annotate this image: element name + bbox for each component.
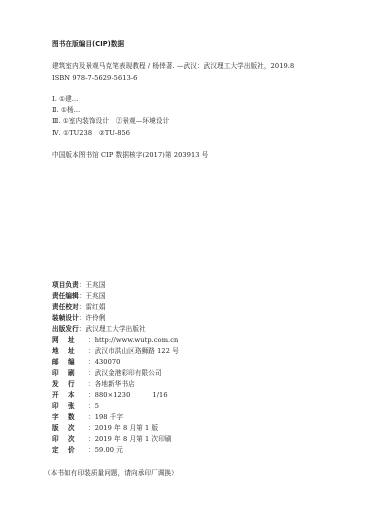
credit-row: 印张：5 — [52, 402, 99, 411]
credit-label: 发行 — [52, 380, 88, 389]
classification-4: Ⅳ. ①TU238 ②TU-856 — [52, 129, 130, 138]
credit-value: 5 — [95, 402, 99, 410]
website-link[interactable]: http://www.wutp.com.cn — [95, 336, 179, 344]
credit-row: 网址：http://www.wutp.com.cn — [52, 336, 178, 345]
credit-label: 责任编辑 — [52, 292, 79, 300]
credit-label: 装帧设计 — [52, 314, 79, 322]
classification-2: Ⅱ. ①杨… — [52, 106, 80, 115]
credit-value: 武汉市洪山区珞狮路 122 号 — [95, 347, 179, 355]
credit-label: 印刷 — [52, 369, 88, 378]
credit-value: 雷红娟 — [85, 303, 105, 311]
credit-row: 出版发行：武汉理工大学出版社 — [52, 325, 146, 334]
credit-row: 印刷：武汉金港彩印有限公司 — [52, 369, 162, 378]
credit-value: 王兆国 — [85, 281, 105, 289]
credit-value: 2019 年 8 月第 1 版 — [95, 424, 159, 432]
classification-3: Ⅲ. ①室内装饰设计 ②景观—环境设计 — [52, 117, 169, 126]
credit-label: 定价 — [52, 446, 88, 455]
credit-row: 邮编：430070 — [52, 358, 120, 367]
credit-value: 880×1230 — [95, 391, 131, 399]
credit-value: 198 千字 — [95, 413, 123, 421]
credit-value: 许伶俐 — [85, 314, 105, 322]
credit-extra: 1/16 — [152, 391, 167, 399]
credit-label: 网址 — [52, 336, 88, 345]
credit-row: 责任校对：雷红娟 — [52, 303, 106, 312]
credit-label: 出版发行 — [52, 325, 79, 333]
credit-label: 印次 — [52, 435, 88, 444]
credit-value: 59.00 元 — [95, 446, 123, 454]
cip-isbn: ISBN 978-7-5629-5613-6 — [52, 74, 137, 83]
credit-row: 责任编辑：王兆国 — [52, 292, 106, 301]
credit-row: 项目负责：王兆国 — [52, 281, 106, 290]
credit-row: 版次：2019 年 8 月第 1 版 — [52, 424, 158, 433]
credit-value: 武汉金港彩印有限公司 — [95, 369, 162, 377]
credit-value: 武汉理工大学出版社 — [85, 325, 145, 333]
credit-row: 开本：880×12301/16 — [52, 391, 168, 400]
credit-row: 地址：武汉市洪山区珞狮路 122 号 — [52, 347, 179, 356]
credit-row: 字数：198 千字 — [52, 413, 123, 422]
cip-book-line: 建筑室内及景观马克笔表现教程 / 杨倖著. —武汉：武汉理工大学出版社，2019… — [52, 62, 294, 71]
credit-value: 430070 — [95, 358, 121, 366]
quality-note: （本书如有印装质量问题，请向承印厂调换） — [44, 469, 178, 478]
credit-label: 版次 — [52, 424, 88, 433]
credit-row: 装帧设计：许伶俐 — [52, 314, 106, 323]
credit-label: 地址 — [52, 347, 88, 356]
credit-value: 各地新华书店 — [95, 380, 135, 388]
cip-number: 中国版本图书馆 CIP 数据核字(2017)第 203913 号 — [52, 151, 209, 160]
credit-label: 开本 — [52, 391, 88, 400]
credit-row: 发行：各地新华书店 — [52, 380, 135, 389]
credit-row: 定价：59.00 元 — [52, 446, 123, 455]
credit-row: 印次：2019 年 8 月第 1 次印刷 — [52, 435, 172, 444]
credit-value: 王兆国 — [85, 292, 105, 300]
credit-label: 印张 — [52, 402, 88, 411]
credit-label: 责任校对 — [52, 303, 79, 311]
credit-value: 2019 年 8 月第 1 次印刷 — [95, 435, 172, 443]
credit-label: 项目负责 — [52, 281, 79, 289]
credit-label: 字数 — [52, 413, 88, 422]
credit-label: 邮编 — [52, 358, 88, 367]
cip-title: 图书在版编目(CIP)数据 — [52, 40, 124, 49]
classification-1: Ⅰ. ①建… — [52, 95, 79, 104]
